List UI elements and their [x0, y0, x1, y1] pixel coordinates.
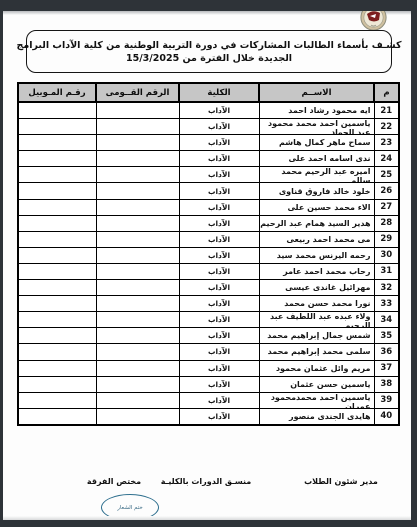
cell-college: الآداب [179, 119, 259, 135]
cell-national_id [96, 167, 179, 183]
cell-national_id [96, 247, 179, 263]
cell-mobile [18, 102, 96, 119]
cell-name: ولاء عبده عبد اللطيف عبد الرحيم [259, 312, 374, 328]
student-name: ايه محمود رشاد احمد [260, 106, 371, 115]
cell-national_id [96, 296, 179, 312]
cell-national_id [96, 215, 179, 231]
student-name: خلود خالد فاروق قناوى [260, 187, 371, 196]
cell-college: الآداب [179, 312, 259, 328]
header-name: الاســم [259, 83, 374, 102]
cell-national_id [96, 102, 179, 119]
cell-mobile [18, 408, 96, 425]
cell-mobile [18, 263, 96, 279]
cell-num: 37 [374, 360, 399, 376]
table-row: 39ياسمين احمد محمدمحمود عمرانالآداب [18, 392, 399, 408]
table-row: 36سلمى محمد إبراهيم محمدالآداب [18, 344, 399, 360]
signature-students-affairs-manager: مدير شئون الطلاب [304, 477, 378, 486]
cell-college: الآداب [179, 247, 259, 263]
cell-college: الآداب [179, 102, 259, 119]
cell-college: الآداب [179, 360, 259, 376]
cell-college: الآداب [179, 215, 259, 231]
cell-mobile [18, 376, 96, 392]
cell-college: الآداب [179, 392, 259, 408]
cell-college: الآداب [179, 167, 259, 183]
student-name: اميره عبد الرحيم محمد سالم [260, 167, 371, 182]
cell-mobile [18, 392, 96, 408]
student-name: رحمه اليرنس محمد سيد [260, 251, 371, 260]
cell-name: سماح ماهر كمال هاشم [259, 135, 374, 151]
student-name: نورا محمد حسن محمد [260, 299, 371, 308]
cell-mobile [18, 215, 96, 231]
cell-national_id [96, 119, 179, 135]
cell-num: 34 [374, 312, 399, 328]
cell-mobile [18, 328, 96, 344]
cell-college: الآداب [179, 344, 259, 360]
cell-college: الآداب [179, 296, 259, 312]
cell-name: مريم وائل عثمان محمود [259, 360, 374, 376]
university-seal-icon [360, 11, 387, 31]
document-page: كشـف بأسماء الطالبات المشاركات في دورة ا… [3, 11, 411, 520]
cell-mobile [18, 135, 96, 151]
cell-national_id [96, 360, 179, 376]
signature-courses-coordinator: منسـق الدورات بالكليـة [161, 477, 251, 486]
table-row: 30رحمه اليرنس محمد سيدالآداب [18, 247, 399, 263]
cell-national_id [96, 263, 179, 279]
table-row: 28هدير السيد همام عبد الرحيمالآداب [18, 215, 399, 231]
student-name: مريم وائل عثمان محمود [260, 364, 371, 373]
cell-mobile [18, 296, 96, 312]
cell-name: نورا محمد حسن محمد [259, 296, 374, 312]
photo-frame: كشـف بأسماء الطالبات المشاركات في دورة ا… [0, 0, 417, 527]
cell-num: 30 [374, 247, 399, 263]
table-row: 26خلود خالد فاروق قناوىالآداب [18, 183, 399, 199]
cell-num: 31 [374, 263, 399, 279]
cell-national_id [96, 183, 179, 199]
cell-name: ياسمين احمد محمدمحمود عمران [259, 392, 374, 408]
cell-college: الآداب [179, 231, 259, 247]
cell-mobile [18, 280, 96, 296]
signature-squad-officer: مختص الفرقة [87, 477, 141, 486]
cell-num: 27 [374, 199, 399, 215]
cell-national_id [96, 328, 179, 344]
student-name: مى محمد احمد ربيعى [260, 235, 371, 244]
cell-num: 33 [374, 296, 399, 312]
header-college: الكلية [179, 83, 259, 102]
cell-num: 40 [374, 408, 399, 425]
cell-mobile [18, 151, 96, 167]
cell-name: اميره عبد الرحيم محمد سالم [259, 167, 374, 183]
cell-national_id [96, 376, 179, 392]
table-row: 40هايدى الجندى منصورالآداب [18, 408, 399, 425]
table-row: 38ياسمين حسن عثمانالآداب [18, 376, 399, 392]
cell-num: 24 [374, 151, 399, 167]
header-national-id: الرقم القــومى [96, 83, 179, 102]
cell-num: 29 [374, 231, 399, 247]
title-line-1: كشـف بأسماء الطالبات المشاركات في دورة ا… [17, 39, 402, 52]
cell-college: الآداب [179, 183, 259, 199]
cell-num: 39 [374, 392, 399, 408]
cell-mobile [18, 119, 96, 135]
student-name: مهرائيل غاندى عيسى [260, 283, 371, 292]
table-body: 21ايه محمود رشاد احمدالآداب22ياسمين احمد… [18, 102, 399, 425]
student-name: ياسمين احمد محمدمحمود عمران [260, 393, 371, 408]
cell-name: هدير السيد همام عبد الرحيم [259, 215, 374, 231]
table-row: 34ولاء عبده عبد اللطيف عبد الرحيمالآداب [18, 312, 399, 328]
cell-national_id [96, 135, 179, 151]
table-row: 21ايه محمود رشاد احمدالآداب [18, 102, 399, 119]
cell-name: هايدى الجندى منصور [259, 408, 374, 425]
table-row: 25اميره عبد الرحيم محمد سالمالآداب [18, 167, 399, 183]
cell-num: 26 [374, 183, 399, 199]
student-name: الاء محمد حسين على [260, 203, 371, 212]
student-name: هايدى الجندى منصور [260, 412, 371, 421]
cell-name: رحاب محمد احمد عامر [259, 263, 374, 279]
student-name: سلمى محمد إبراهيم محمد [260, 347, 371, 356]
cell-name: سلمى محمد إبراهيم محمد [259, 344, 374, 360]
cell-mobile [18, 344, 96, 360]
table-row: 35شمس جمال إبراهيم محمدالآداب [18, 328, 399, 344]
cell-name: ياسمين احمد محمد محمود عبد الجواد [259, 119, 374, 135]
table-row: 24ندى اسامه احمد علىالآداب [18, 151, 399, 167]
cell-num: 28 [374, 215, 399, 231]
cell-mobile [18, 247, 96, 263]
cell-name: ندى اسامه احمد على [259, 151, 374, 167]
cell-num: 23 [374, 135, 399, 151]
cell-national_id [96, 280, 179, 296]
cell-mobile [18, 312, 96, 328]
student-name: هدير السيد همام عبد الرحيم [260, 219, 371, 228]
cell-national_id [96, 312, 179, 328]
table-row: 29مى محمد احمد ربيعىالآداب [18, 231, 399, 247]
cell-name: مى محمد احمد ربيعى [259, 231, 374, 247]
cell-name: شمس جمال إبراهيم محمد [259, 328, 374, 344]
cell-num: 22 [374, 119, 399, 135]
cell-national_id [96, 344, 179, 360]
stamp-oval: ختم الشعار [101, 494, 159, 520]
stamp-label: ختم الشعار [117, 505, 143, 511]
cell-name: ياسمين حسن عثمان [259, 376, 374, 392]
cell-mobile [18, 199, 96, 215]
student-name: ندى اسامه احمد على [260, 154, 371, 163]
table-row: 33نورا محمد حسن محمدالآداب [18, 296, 399, 312]
title-line-2: الجديدة خلال الفترة من 15/3/2025 [126, 52, 292, 65]
cell-college: الآداب [179, 328, 259, 344]
table-row: 27الاء محمد حسين علىالآداب [18, 199, 399, 215]
cell-college: الآداب [179, 263, 259, 279]
cell-num: 35 [374, 328, 399, 344]
table-row: 32مهرائيل غاندى عيسىالآداب [18, 280, 399, 296]
student-name: سماح ماهر كمال هاشم [260, 138, 371, 147]
student-name: ياسمين احمد محمد محمود عبد الجواد [260, 119, 371, 134]
cell-num: 38 [374, 376, 399, 392]
cell-college: الآداب [179, 151, 259, 167]
cell-national_id [96, 199, 179, 215]
student-name: شمس جمال إبراهيم محمد [260, 331, 371, 340]
students-table: م الاســم الكلية الرقم القــومى رقـم الم… [17, 82, 400, 426]
cell-num: 21 [374, 102, 399, 119]
cell-name: الاء محمد حسين على [259, 199, 374, 215]
table-header: م الاســم الكلية الرقم القــومى رقـم الم… [18, 83, 399, 102]
table-row: 37مريم وائل عثمان محمودالآداب [18, 360, 399, 376]
cell-name: مهرائيل غاندى عيسى [259, 280, 374, 296]
cell-name: ايه محمود رشاد احمد [259, 102, 374, 119]
table-row: 31رحاب محمد احمد عامرالآداب [18, 263, 399, 279]
cell-name: خلود خالد فاروق قناوى [259, 183, 374, 199]
cell-college: الآداب [179, 408, 259, 425]
cell-name: رحمه اليرنس محمد سيد [259, 247, 374, 263]
cell-mobile [18, 167, 96, 183]
cell-num: 36 [374, 344, 399, 360]
cell-num: 32 [374, 280, 399, 296]
cell-college: الآداب [179, 199, 259, 215]
header-mobile: رقـم المـوبيل [18, 83, 96, 102]
cell-mobile [18, 231, 96, 247]
cell-national_id [96, 151, 179, 167]
student-name: ولاء عبده عبد اللطيف عبد الرحيم [260, 312, 371, 327]
student-name: رحاب محمد احمد عامر [260, 267, 371, 276]
cell-national_id [96, 408, 179, 425]
table-row: 23سماح ماهر كمال هاشمالآداب [18, 135, 399, 151]
cell-national_id [96, 392, 179, 408]
student-name: ياسمين حسن عثمان [260, 380, 371, 389]
cell-num: 25 [374, 167, 399, 183]
cell-college: الآداب [179, 280, 259, 296]
table-row: 22ياسمين احمد محمد محمود عبد الجوادالآدا… [18, 119, 399, 135]
cell-mobile [18, 360, 96, 376]
cell-national_id [96, 231, 179, 247]
title-box: كشـف بأسماء الطالبات المشاركات في دورة ا… [26, 30, 392, 73]
cell-mobile [18, 183, 96, 199]
cell-college: الآداب [179, 376, 259, 392]
header-num: م [374, 83, 399, 102]
cell-college: الآداب [179, 135, 259, 151]
